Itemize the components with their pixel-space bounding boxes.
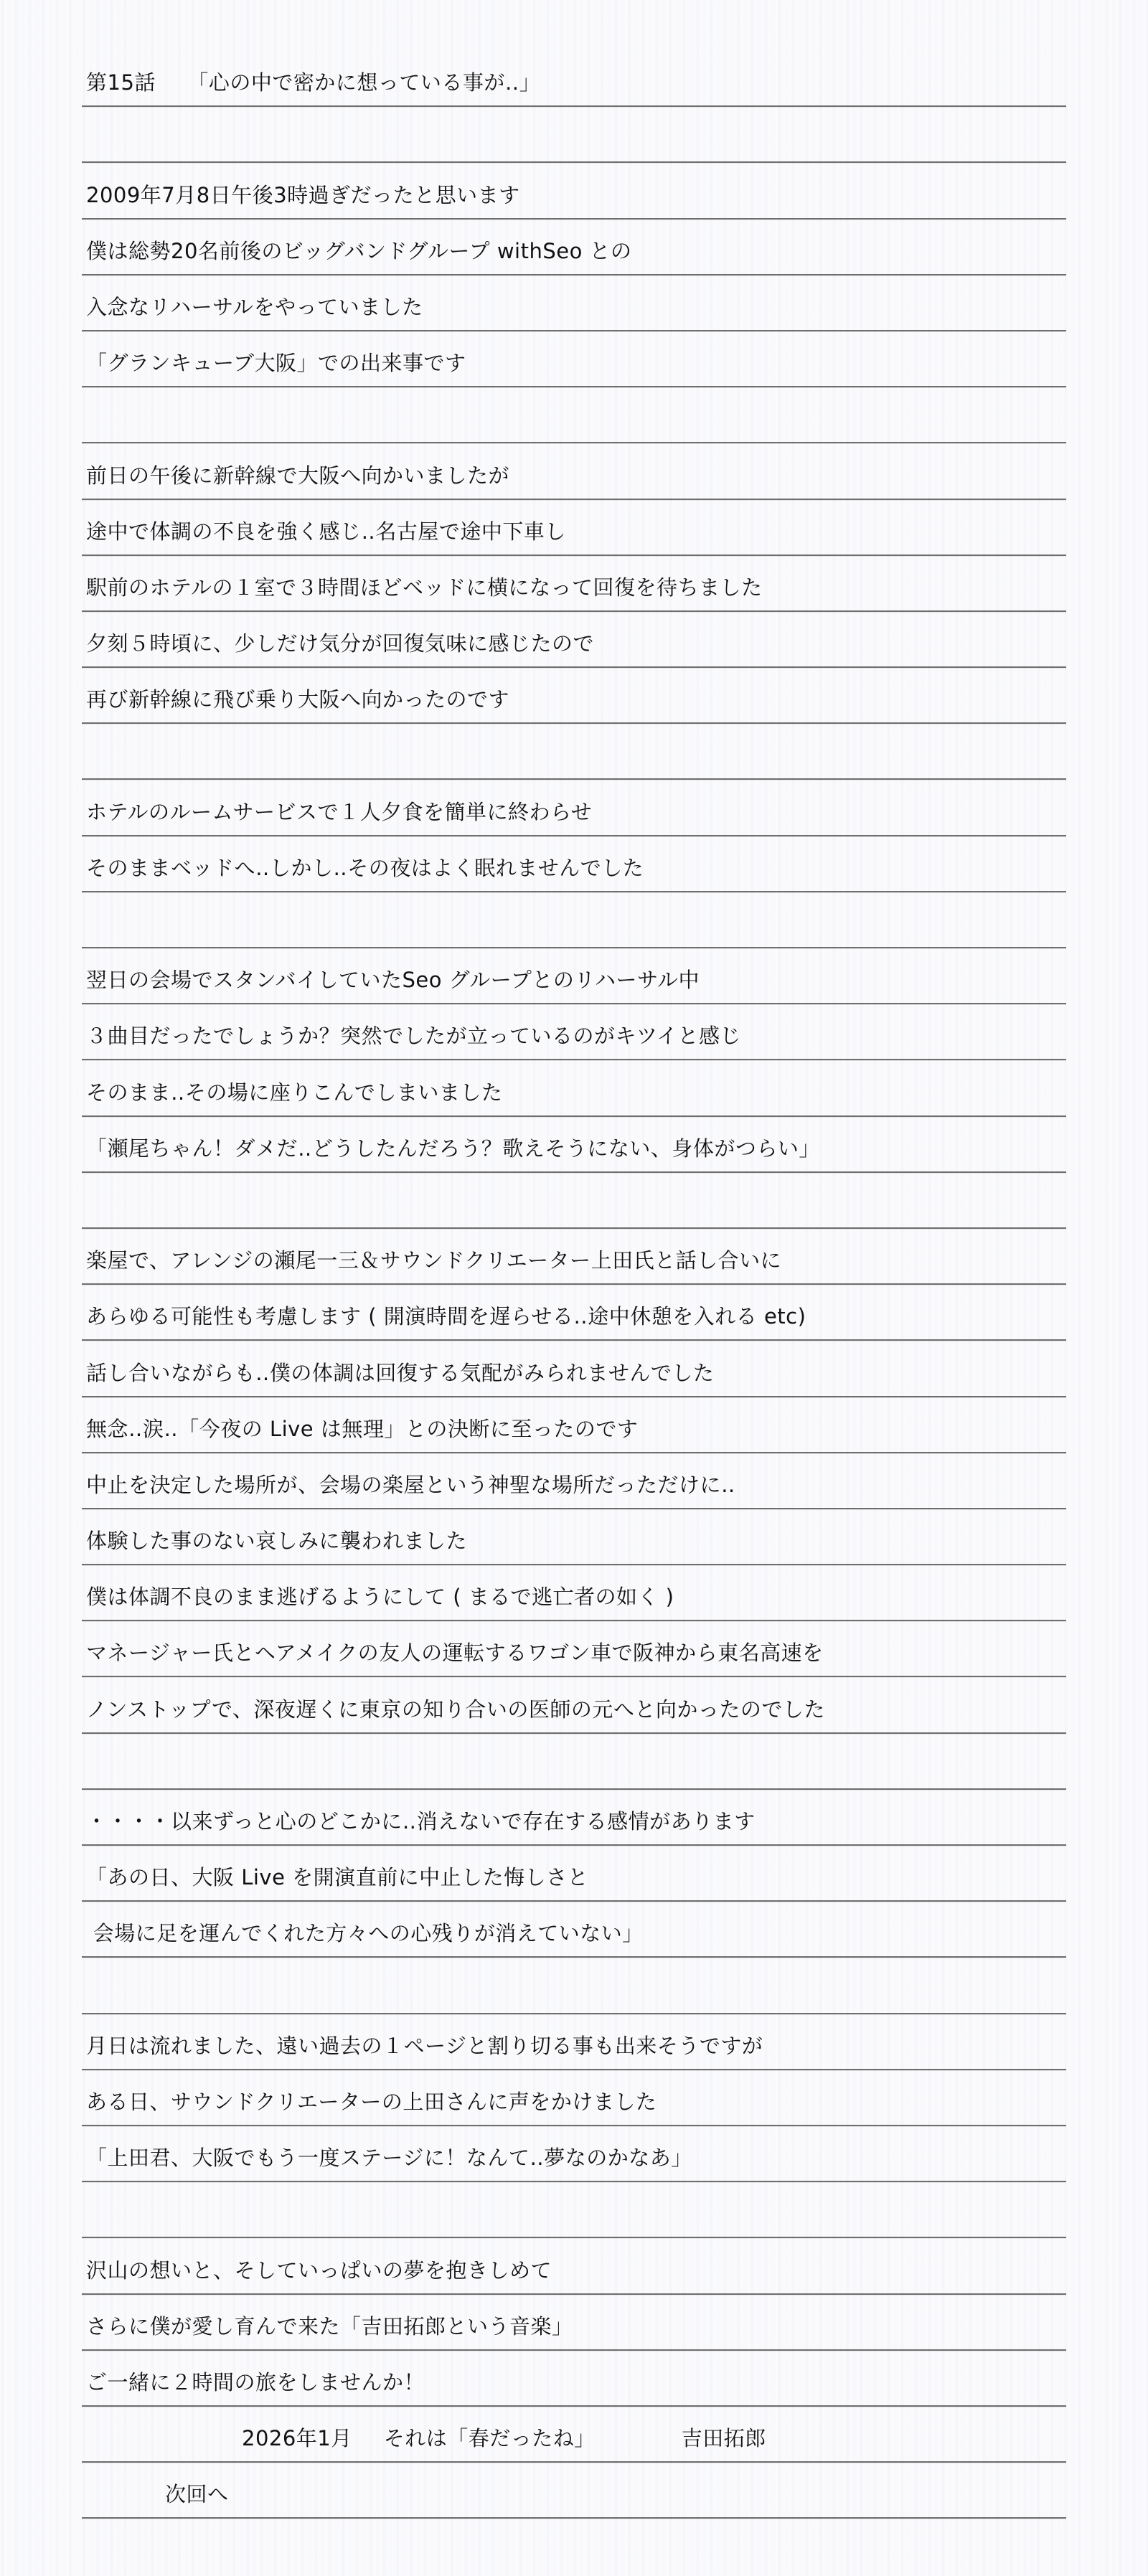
text-line: 途中で体調の不良を強く感じ‥名古屋で途中下車し bbox=[86, 519, 566, 544]
text-row: ある日、サウンドクリエーターの上田さんに声をかけました bbox=[82, 2070, 1066, 2126]
text-line: そのままベッドへ‥しかし‥その夜はよく眠れませんでした bbox=[86, 855, 644, 881]
text-line: 僕は総勢20名前後のビッグバンドグループ withSeo との bbox=[86, 238, 632, 264]
text-line: 楽屋で、アレンジの瀬尾一三＆サウンドクリエーター上田氏と話し合いに bbox=[86, 1247, 781, 1273]
text-line: 「瀬尾ちゃん！ダメだ‥どうしたんだろう？歌えそうにない、身体がつらい」 bbox=[86, 1136, 820, 1161]
blank-row bbox=[82, 1173, 1066, 1229]
text-row: 会場に足を運んでくれた方々への心残りが消えていない」 bbox=[82, 1902, 1066, 1958]
text-row: そのままベッドへ‥しかし‥その夜はよく眠れませんでした bbox=[82, 836, 1066, 892]
text-line: 話し合いながらも‥僕の体調は回復する気配がみられませんでした bbox=[86, 1360, 714, 1386]
episode-heading: 第15話 「心の中で密かに想っている事が‥」 bbox=[86, 70, 540, 95]
text-line: 中止を決定した場所が、会場の楽屋という神聖な場所だっただけに‥ bbox=[86, 1472, 735, 1498]
text-row: 体験した事のない哀しみに襲われました bbox=[82, 1509, 1066, 1565]
signature-title: それは「春だったね」 bbox=[384, 2425, 596, 2451]
blank-row bbox=[82, 1734, 1066, 1790]
text-row: 「グランキューブ大阪」での出来事です bbox=[82, 331, 1066, 387]
text-line: マネージャー氏とヘアメイクの友人の運転するワゴン車で阪神から東名高速を bbox=[86, 1640, 824, 1666]
text-line: 沢山の想いと、そしていっぱいの夢を抱きしめて bbox=[86, 2257, 552, 2283]
text-row: 中止を決定した場所が、会場の楽屋という神聖な場所だっただけに‥ bbox=[82, 1453, 1066, 1509]
episode-title: 「心の中で密かに想っている事が‥」 bbox=[198, 70, 540, 95]
text-row: 月日は流れました、遠い過去の１ページと割り切る事も出来そうですが bbox=[82, 2014, 1066, 2070]
text-line: 前日の午後に新幹線で大阪へ向かいましたが bbox=[86, 463, 509, 489]
blank-row bbox=[82, 387, 1066, 443]
text-line: 「グランキューブ大阪」での出来事です bbox=[86, 350, 466, 376]
text-row: 翌日の会場でスタンバイしていたSeo グループとのリハーサル中 bbox=[82, 948, 1066, 1004]
next-episode-link[interactable]: 次回へ bbox=[165, 2482, 229, 2506]
blank-row bbox=[82, 724, 1066, 780]
signature-author: 吉田拓郎 bbox=[682, 2425, 766, 2451]
text-line: 体験した事のない哀しみに襲われました bbox=[86, 1528, 467, 1554]
text-row: ３曲目だったでしょうか？突然でしたが立っているのがキツイと感じ bbox=[82, 1004, 1066, 1060]
text-row: あらゆる可能性も考慮します ( 開演時間を遅らせる‥途中休憩を入れる etc) bbox=[82, 1285, 1066, 1341]
text-row: 僕は体調不良のまま逃げるようにして ( まるで逃亡者の如く ) bbox=[82, 1565, 1066, 1621]
text-line: あらゆる可能性も考慮します ( 開演時間を遅らせる‥途中休憩を入れる etc) bbox=[86, 1303, 806, 1329]
text-line: 「あの日、大阪 Live を開演直前に中止した悔しさと bbox=[86, 1864, 588, 1890]
episode-number: 第15話 bbox=[86, 70, 156, 95]
text-line: 無念‥涙‥「今夜の Live は無理」との決断に至ったのです bbox=[86, 1416, 638, 1442]
text-line: ある日、サウンドクリエーターの上田さんに声をかけました bbox=[86, 2089, 657, 2115]
text-row: さらに僕が愛し育んで来た「吉田拓郎という音楽」 bbox=[82, 2295, 1066, 2351]
text-line: 僕は体調不良のまま逃げるようにして ( まるで逃亡者の如く ) bbox=[86, 1584, 674, 1610]
text-line: 翌日の会場でスタンバイしていたSeo グループとのリハーサル中 bbox=[86, 967, 700, 993]
text-row: ホテルのルームサービスで１人夕食を簡単に終わらせ bbox=[82, 780, 1066, 836]
text-line: 「上田君、大阪でもう一度ステージに！なんて‥夢なのかなあ」 bbox=[86, 2145, 692, 2171]
text-line: 会場に足を運んでくれた方々への心残りが消えていない」 bbox=[86, 1920, 644, 1946]
text-line: 月日は流れました、遠い過去の１ページと割り切る事も出来そうですが bbox=[86, 2033, 763, 2059]
text-row: 「瀬尾ちゃん！ダメだ‥どうしたんだろう？歌えそうにない、身体がつらい」 bbox=[82, 1117, 1066, 1173]
text-row: ご一緒に２時間の旅をしませんか！ bbox=[82, 2351, 1066, 2407]
text-line: 再び新幹線に飛び乗り大阪へ向かったのです bbox=[86, 687, 509, 712]
text-row: 途中で体調の不良を強く感じ‥名古屋で途中下車し bbox=[82, 500, 1066, 556]
text-row: 「あの日、大阪 Live を開演直前に中止した悔しさと bbox=[82, 1846, 1066, 1902]
text-row: 無念‥涙‥「今夜の Live は無理」との決断に至ったのです bbox=[82, 1397, 1066, 1453]
text-line: ご一緒に２時間の旅をしませんか！ bbox=[86, 2369, 425, 2395]
text-row: 「上田君、大阪でもう一度ステージに！なんて‥夢なのかなあ」 bbox=[82, 2126, 1066, 2182]
text-row: 夕刻５時頃に、少しだけ気分が回復気味に感じたので bbox=[82, 612, 1066, 668]
text-line: そのまま‥その場に座りこんでしまいました bbox=[86, 1080, 502, 1105]
blank-row bbox=[82, 892, 1066, 948]
text-row: ・・・・以来ずっと心のどこかに‥消えないで存在する感情があります bbox=[82, 1790, 1066, 1846]
text-row: マネージャー氏とヘアメイクの友人の運転するワゴン車で阪神から東名高速を bbox=[82, 1621, 1066, 1677]
text-line: ３曲目だったでしょうか？突然でしたが立っているのがキツイと感じ bbox=[86, 1023, 741, 1049]
text-row: 再び新幹線に飛び乗り大阪へ向かったのです bbox=[82, 668, 1066, 724]
text-row: 前日の午後に新幹線で大阪へ向かいましたが bbox=[82, 443, 1066, 499]
text-line: 2009年7月8日午後3時過ぎだったと思います bbox=[86, 182, 520, 208]
text-row: そのまま‥その場に座りこんでしまいました bbox=[82, 1060, 1066, 1116]
text-row: 楽屋で、アレンジの瀬尾一三＆サウンドクリエーター上田氏と話し合いに bbox=[82, 1229, 1066, 1285]
text-line: 夕刻５時頃に、少しだけ気分が回復気味に感じたので bbox=[86, 631, 594, 656]
lined-notebook-page: 第15話 「心の中で密かに想っている事が‥」 2009年7月8日午後3時過ぎだっ… bbox=[82, 51, 1066, 2519]
text-line: ホテルのルームサービスで１人夕食を簡単に終わらせ bbox=[86, 799, 592, 825]
blank-row bbox=[82, 107, 1066, 163]
text-row: 僕は総勢20名前後のビッグバンドグループ withSeo との bbox=[82, 220, 1066, 275]
signature-date: 2026年1月 bbox=[242, 2425, 352, 2451]
text-row: ノンストップで、深夜遅くに東京の知り合いの医師の元へと向かったのでした bbox=[82, 1677, 1066, 1733]
text-line: さらに僕が愛し育んで来た「吉田拓郎という音楽」 bbox=[86, 2313, 573, 2339]
text-line: 駅前のホテルの１室で３時間ほどベッドに横になって回復を待ちました bbox=[86, 575, 763, 600]
text-line: ノンストップで、深夜遅くに東京の知り合いの医師の元へと向かったのでした bbox=[86, 1697, 825, 1722]
signature-row: 2026年1月 それは「春だったね」 吉田拓郎 bbox=[82, 2407, 1066, 2463]
text-row: 2009年7月8日午後3時過ぎだったと思います bbox=[82, 163, 1066, 219]
blank-row bbox=[82, 1958, 1066, 2014]
text-line: ・・・・以来ずっと心のどこかに‥消えないで存在する感情があります bbox=[86, 1808, 756, 1834]
episode-title-row: 第15話 「心の中で密かに想っている事が‥」 bbox=[82, 51, 1066, 107]
text-row: 沢山の想いと、そしていっぱいの夢を抱きしめて bbox=[82, 2238, 1066, 2294]
text-row: 入念なリハーサルをやっていました bbox=[82, 275, 1066, 331]
blank-row bbox=[82, 2182, 1066, 2238]
text-row: 駅前のホテルの１室で３時間ほどベッドに横になって回復を待ちました bbox=[82, 556, 1066, 612]
text-line: 入念なリハーサルをやっていました bbox=[86, 294, 423, 320]
signature: 2026年1月 それは「春だったね」 吉田拓郎 bbox=[242, 2425, 766, 2451]
text-row: 話し合いながらも‥僕の体調は回復する気配がみられませんでした bbox=[82, 1341, 1066, 1397]
next-row: 次回へ bbox=[82, 2463, 1066, 2519]
